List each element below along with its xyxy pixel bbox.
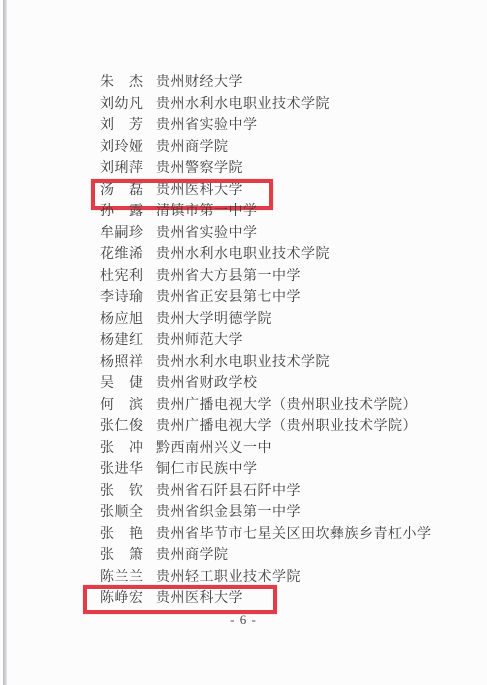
institution-name: 清镇市第一中学 [156,204,258,219]
person-name: 陈兰兰 [100,567,146,589]
person-name: 朱 杰 [100,72,146,94]
list-item: 张 艳贵州省毕节市七星关区田坎彝族乡青杠小学 [100,524,432,546]
institution-name: 贵州水利水电职业技术学院 [156,97,330,112]
person-name: 何 滨 [100,395,146,417]
person-name: 杜宪利 [100,266,146,288]
person-name: 张顺全 [100,502,146,524]
institution-name: 贵州大学明德学院 [156,312,272,327]
person-name: 刘琍萍 [100,158,146,180]
institution-name: 贵州师范大学 [156,333,243,348]
institution-name: 贵州水利水电职业技术学院 [156,247,330,262]
person-name: 陈峥宏 [100,588,146,610]
scan-edge-shadow [3,0,7,685]
institution-name: 贵州轻工职业技术学院 [156,570,301,585]
person-name: 张进华 [100,459,146,481]
person-name: 李诗瑜 [100,287,146,309]
list-item: 李诗瑜贵州省正安县第七中学 [100,287,432,309]
institution-name: 贵州商学院 [156,548,229,563]
person-name: 杨建红 [100,330,146,352]
list-item: 张 钦贵州省石阡县石阡中学 [100,481,432,503]
institution-name: 贵州省石阡县石阡中学 [156,484,301,499]
institution-name: 贵州省正安县第七中学 [156,290,301,305]
person-name: 张 钦 [100,481,146,503]
institution-name: 贵州广播电视大学（贵州职业技术学院） [156,398,417,413]
person-name: 牟嗣珍 [100,223,146,245]
institution-name: 黔西南州兴义一中 [156,441,272,456]
person-name: 花维浠 [100,244,146,266]
person-name: 刘幼凡 [100,94,146,116]
list-item: 朱 杰贵州财经大学 [100,72,432,94]
list-item: 刘琍萍贵州警察学院 [100,158,432,180]
list-item: 杨照祥贵州水利水电职业技术学院 [100,352,432,374]
institution-name: 贵州广播电视大学（贵州职业技术学院） [156,419,417,434]
person-name: 张 冲 [100,438,146,460]
institution-name: 贵州警察学院 [156,161,243,176]
list-item: 刘 芳贵州省实验中学 [100,115,432,137]
page-number: - 6 - [0,612,487,628]
list-item: 张顺全贵州省织金县第一中学 [100,502,432,524]
list-item: 张 箫贵州商学院 [100,545,432,567]
institution-name: 贵州医科大学 [156,183,243,198]
list-item: 吴 倢贵州省财政学校 [100,373,432,395]
institution-name: 贵州商学院 [156,140,229,155]
list-item: 陈峥宏贵州医科大学 [100,588,432,610]
list-item: 杨应旭贵州大学明德学院 [100,309,432,331]
list-item: 汤 磊贵州医科大学 [100,180,432,202]
person-name: 杨照祥 [100,352,146,374]
person-name: 孙 露 [100,201,146,223]
list-item: 花维浠贵州水利水电职业技术学院 [100,244,432,266]
person-name: 杨应旭 [100,309,146,331]
list-item: 杨建红贵州师范大学 [100,330,432,352]
person-name: 吴 倢 [100,373,146,395]
list-item: 孙 露清镇市第一中学 [100,201,432,223]
person-name: 张 艳 [100,524,146,546]
list-item: 刘玲娅贵州商学院 [100,137,432,159]
list-item: 张进华铜仁市民族中学 [100,459,432,481]
scanned-document-page: 朱 杰贵州财经大学刘幼凡贵州水利水电职业技术学院刘 芳贵州省实验中学刘玲娅贵州商… [0,0,487,685]
person-name: 刘 芳 [100,115,146,137]
list-item: 牟嗣珍贵州省实验中学 [100,223,432,245]
institution-name: 贵州财经大学 [156,75,243,90]
list-item: 张 冲黔西南州兴义一中 [100,438,432,460]
list-item: 杜宪利贵州省大方县第一中学 [100,266,432,288]
person-name: 张仁俊 [100,416,146,438]
institution-name: 贵州省实验中学 [156,226,258,241]
roster: 朱 杰贵州财经大学刘幼凡贵州水利水电职业技术学院刘 芳贵州省实验中学刘玲娅贵州商… [100,72,432,610]
list-item: 张仁俊贵州广播电视大学（贵州职业技术学院） [100,416,432,438]
institution-name: 铜仁市民族中学 [156,462,258,477]
person-name: 张 箫 [100,545,146,567]
institution-name: 贵州水利水电职业技术学院 [156,355,330,370]
institution-name: 贵州省实验中学 [156,118,258,133]
person-name: 刘玲娅 [100,137,146,159]
institution-name: 贵州省财政学校 [156,376,258,391]
list-item: 陈兰兰贵州轻工职业技术学院 [100,567,432,589]
institution-name: 贵州省毕节市七星关区田坎彝族乡青杠小学 [156,527,432,542]
person-name: 汤 磊 [100,180,146,202]
institution-name: 贵州医科大学 [156,591,243,606]
institution-name: 贵州省大方县第一中学 [156,269,301,284]
list-item: 何 滨贵州广播电视大学（贵州职业技术学院） [100,395,432,417]
institution-name: 贵州省织金县第一中学 [156,505,301,520]
list-item: 刘幼凡贵州水利水电职业技术学院 [100,94,432,116]
